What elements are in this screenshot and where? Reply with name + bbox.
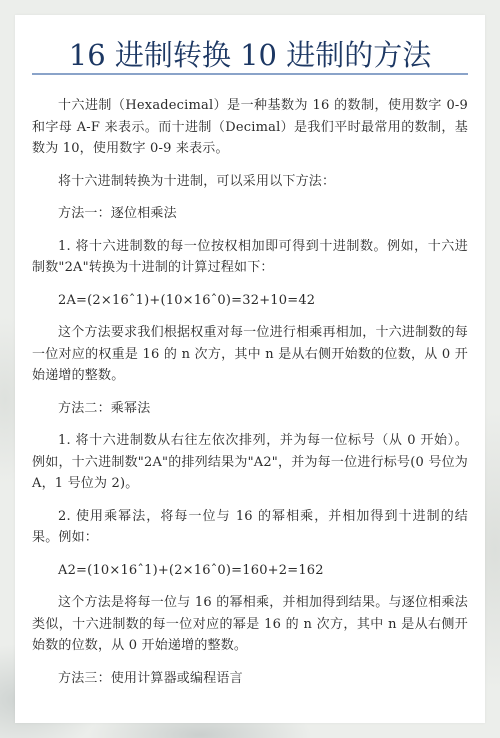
method-two-step-1: 1. 将十六进制数从右往左依次排列，并为每一位标号（从 0 开始）。例如，十六进…	[32, 430, 468, 495]
method-two-formula: A2=(10×16ˆ1)+(2×16ˆ0)=160+2=162	[32, 560, 468, 582]
method-one-explanation: 这个方法要求我们根据权重对每一位进行相乘再相加，十六进制数的每一位对应的权重是 …	[32, 322, 468, 387]
method-three-heading: 方法三：使用计算器或编程语言	[32, 668, 468, 690]
page-title: 16 进制转换 10 进制的方法	[15, 37, 485, 73]
method-two-heading: 方法二：乘幂法	[32, 398, 468, 420]
method-one-step-1: 1. 将十六进制数的每一位按权相加即可得到十进制数。例如，十六进制数"2A"转换…	[32, 236, 468, 279]
method-two-step-2: 2. 使用乘幂法，将每一位与 16 的幂相乘，并相加得到十进制的结果。例如：	[32, 506, 468, 549]
intro-paragraph: 十六进制（Hexadecimal）是一种基数为 16 的数制，使用数字 0-9 …	[32, 95, 468, 160]
method-intro: 将十六进制转换为十进制，可以采用以下方法：	[32, 171, 468, 193]
method-two-explanation: 这个方法是将每一位与 16 的幂相乘，并相加得到结果。与逐位相乘法类似，十六进制…	[32, 592, 468, 657]
method-one-heading: 方法一：逐位相乘法	[32, 203, 468, 225]
document-card: 16 进制转换 10 进制的方法 十六进制（Hexadecimal）是一种基数为…	[15, 15, 485, 723]
title-divider	[32, 73, 468, 75]
document-body: 十六进制（Hexadecimal）是一种基数为 16 的数制，使用数字 0-9 …	[32, 95, 468, 700]
method-one-formula: 2A=(2×16ˆ1)+(10×16ˆ0)=32+10=42	[32, 290, 468, 312]
